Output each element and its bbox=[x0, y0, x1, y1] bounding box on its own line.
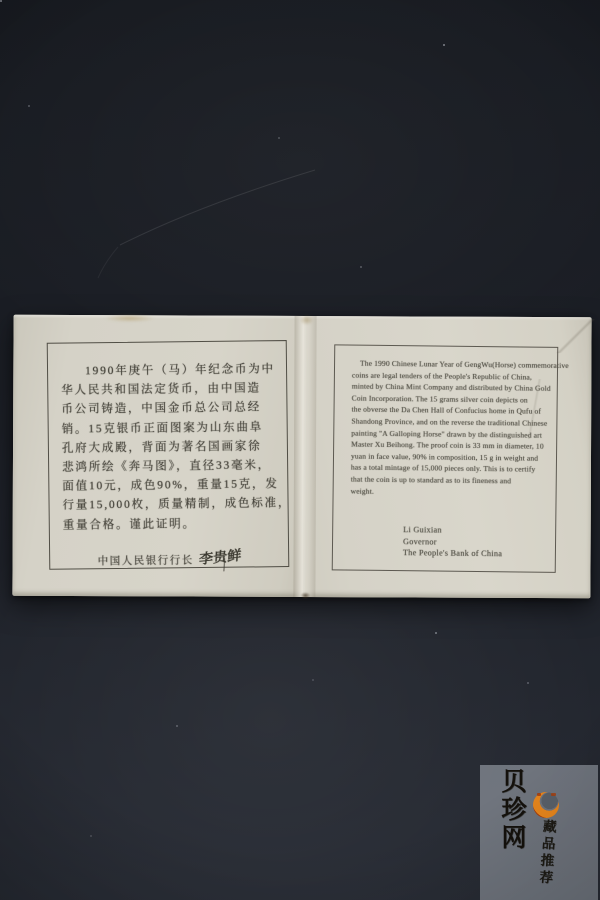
certificate-booklet: 1990年庚午（马）年纪念币为中 华人民共和国法定货币，由中国造 币公司铸造，中… bbox=[12, 315, 591, 599]
english-certificate-text: The 1990 Chinese Lunar Year of GengWu(Ho… bbox=[351, 358, 552, 499]
watermark-site-name: 贝珍网 bbox=[493, 768, 529, 852]
certificate-text-line: 行量15,000枚，质量精制，成色标准， bbox=[62, 495, 279, 517]
signoff-org: The People's Bank of China bbox=[403, 547, 502, 560]
dust-specks bbox=[0, 0, 2, 2]
beizhen-logo-icon bbox=[533, 792, 559, 818]
fold-bottom-notch bbox=[300, 592, 310, 599]
photo-background: 1990年庚午（马）年纪念币为中 华人民共和国法定货币，由中国造 币公司铸造，中… bbox=[0, 0, 600, 900]
bank-governor-title: 中国人民银行行长 bbox=[98, 555, 194, 567]
english-signoff: Li Guixian Governor The People's Bank of… bbox=[403, 524, 503, 560]
certificate-text-line: that the coin is up to standard as to it… bbox=[351, 473, 550, 487]
certificate-text-line: 悲鸿所绘《奔马图》，直径33毫米， bbox=[62, 456, 279, 478]
chinese-certificate-text: 1990年庚午（马）年纪念币为中 华人民共和国法定货币，由中国造 币公司铸造，中… bbox=[61, 360, 280, 535]
watermark-panel: 贝珍网 藏品推荐 bbox=[480, 765, 598, 900]
chinese-certificate-box: 1990年庚午（马）年纪念币为中 华人民共和国法定货币，由中国造 币公司铸造，中… bbox=[47, 340, 290, 570]
fold-stain bbox=[300, 315, 314, 325]
certificate-text-line: 1990年庚午（马）年纪念币为中 bbox=[61, 360, 278, 382]
watermark-seal-text: 藏品推荐 bbox=[534, 818, 559, 887]
center-fold bbox=[293, 316, 316, 597]
signature-line: 中国人民银行行长李贵鲜 bbox=[50, 547, 288, 570]
certificate-text-line: 重量合格。谨此证明。 bbox=[63, 514, 280, 536]
certificate-text-line: weight. bbox=[351, 485, 550, 499]
certificate-text-line: 华人民共和国法定货币，由中国造 bbox=[61, 379, 278, 401]
certificate-text-line: 孔府大成殿，背面为著名国画家徐 bbox=[62, 437, 279, 459]
paper-stain bbox=[104, 314, 156, 322]
signoff-name: Li Guixian bbox=[403, 524, 502, 537]
certificate-text-line: 销。15克银币正面图案为山东曲阜 bbox=[62, 418, 279, 440]
certificate-text-line: 面值10元，成色90%，重量15克，发 bbox=[62, 475, 279, 497]
certificate-text-line: 币公司铸造，中国金币总公司总经 bbox=[61, 399, 278, 421]
governor-signature: 李贵鲜 bbox=[198, 545, 242, 569]
english-certificate-box: The 1990 Chinese Lunar Year of GengWu(Ho… bbox=[332, 344, 559, 573]
